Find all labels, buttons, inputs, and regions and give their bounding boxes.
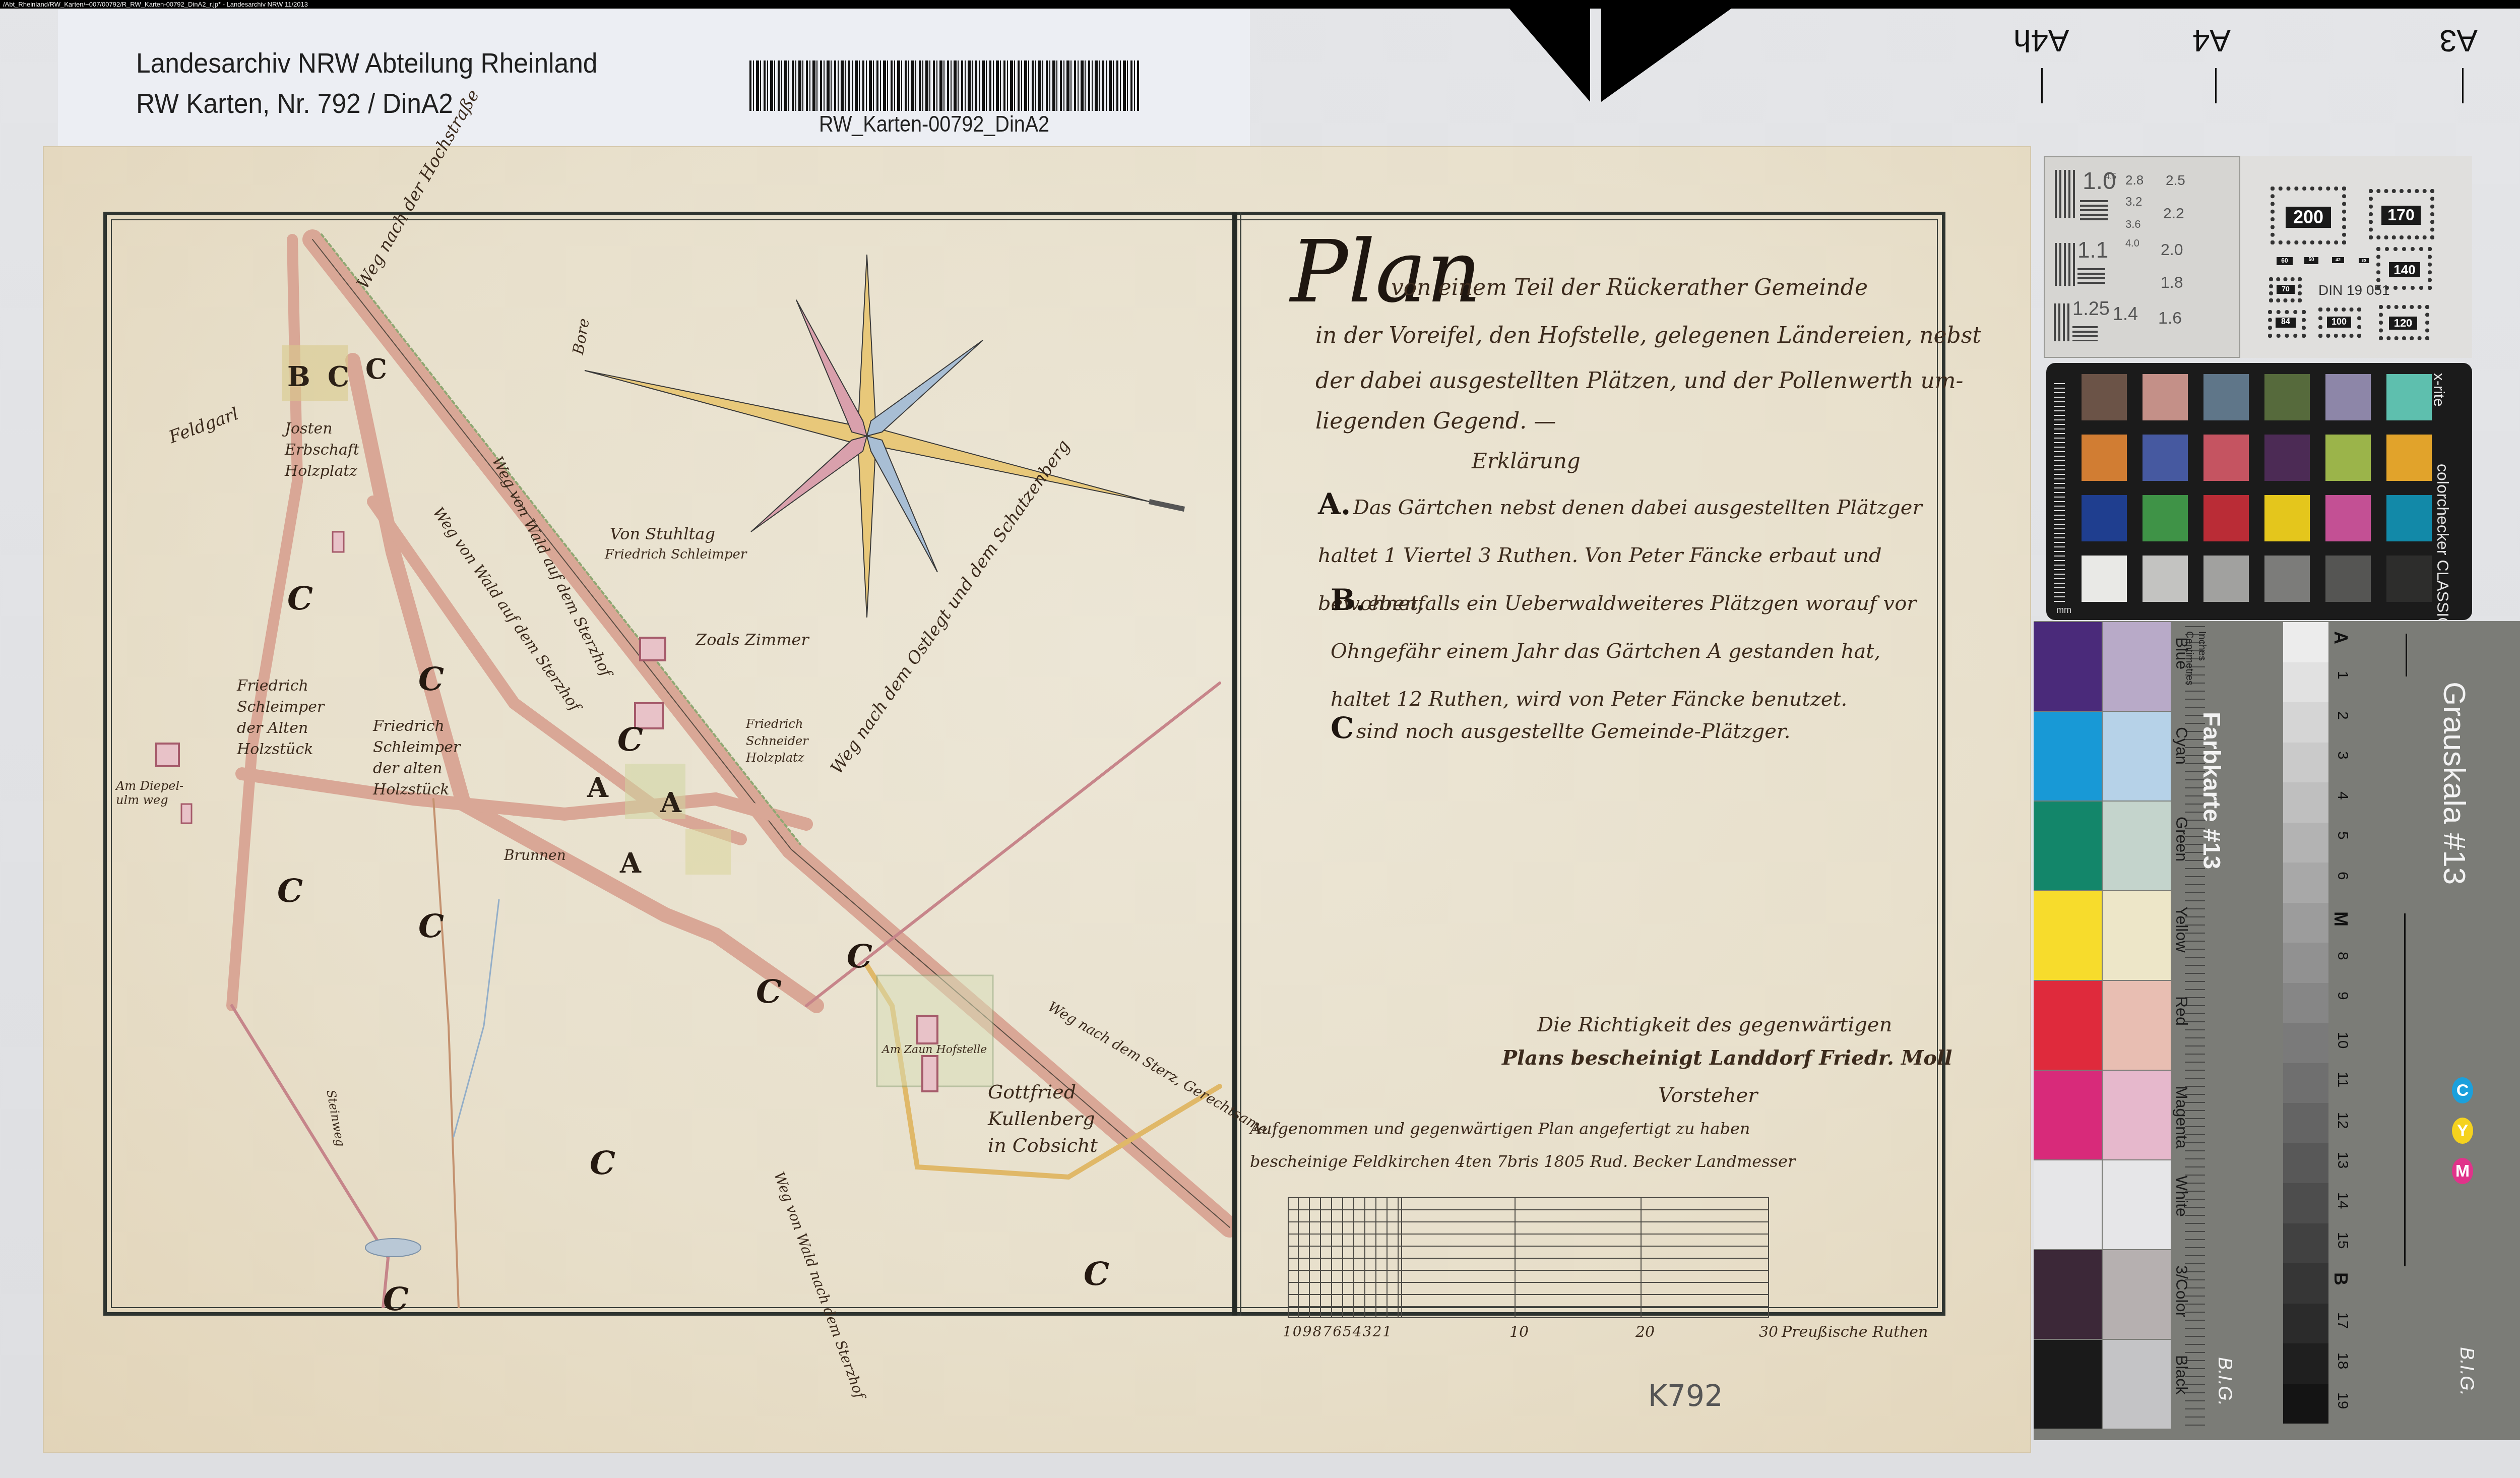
gray-step xyxy=(2283,622,2328,662)
gray-step xyxy=(2283,782,2328,823)
map-label: Von Stuhltag xyxy=(610,524,715,543)
parcel-letter-c: C xyxy=(328,360,349,393)
legend-heading: Erklärung xyxy=(1472,449,1581,473)
gray-step xyxy=(2283,943,2328,983)
cyan-badge-icon: C xyxy=(2452,1077,2473,1103)
ruler-unit-cm: Centimetres xyxy=(2183,631,2195,686)
color-patch xyxy=(2325,495,2371,541)
color-swatch-cyan xyxy=(2034,712,2102,800)
color-swatch-light xyxy=(2103,1250,2171,1339)
barcode-text: RW_Karten-00792_DinA2 xyxy=(819,112,1049,137)
color-patch xyxy=(2082,374,2127,420)
gray-step xyxy=(2283,903,2328,943)
color-swatch-green xyxy=(2034,802,2102,890)
color-patch xyxy=(2264,374,2310,420)
gray-step xyxy=(2283,662,2328,703)
common-land-marker: C xyxy=(617,721,643,759)
color-patch xyxy=(2386,374,2432,420)
color-patch xyxy=(2203,374,2249,420)
legend-key: B. xyxy=(1331,583,1365,617)
color-swatch-red xyxy=(2034,981,2102,1070)
color-patch xyxy=(2386,435,2432,481)
din-box: 42 xyxy=(2332,257,2344,263)
file-path-text: /Abt_Rheinland/RW_Karten/~007/00792/R_RW… xyxy=(3,0,308,9)
common-land-marker: C xyxy=(383,1280,409,1318)
common-land-marker: C xyxy=(287,580,313,618)
color-swatch-light xyxy=(2103,622,2171,711)
format-marker-line xyxy=(2041,68,2043,103)
color-patch xyxy=(2082,435,2127,481)
panel-divider-thin xyxy=(1240,212,1241,1316)
survey-note-line: Aufgenommen und gegenwärtigen Plan angef… xyxy=(1250,1119,1750,1138)
archive-record-number: RW Karten, Nr. 792 / DinA2 xyxy=(136,87,453,119)
gray-step-label: 13 xyxy=(2334,1152,2351,1168)
big-logo: B.I.G. xyxy=(2455,1347,2477,1396)
map-label: Am Diepel-ulm weg xyxy=(116,779,192,807)
color-swatch-3-color xyxy=(2034,1250,2102,1339)
common-land-marker: C xyxy=(1084,1255,1109,1293)
din-box: 200 xyxy=(2286,207,2331,228)
common-land-marker: C xyxy=(847,938,872,975)
title-text-line: liegenden Gegend. — xyxy=(1315,408,1556,434)
common-land-marker: C xyxy=(418,660,444,698)
gray-step xyxy=(2283,1304,2328,1344)
title-text-line: der dabei ausgestellten Plätzen, und der… xyxy=(1315,368,1963,394)
format-marker-a4h: A4h xyxy=(2013,23,2069,58)
gray-step xyxy=(2283,863,2328,903)
format-marker-line xyxy=(2215,68,2217,103)
gray-step-label: 5 xyxy=(2334,831,2351,840)
map-label: Josten Erbschaft Holzplatz xyxy=(285,418,360,482)
ruler-unit-inches: Inches xyxy=(2196,631,2208,661)
color-patch xyxy=(2325,374,2371,420)
resolution-target: 1.0 1.1 1.25 1.4 1.6 1.8 2.0 2.2 2.5 2.8… xyxy=(2044,156,2472,358)
scale-label: 10 xyxy=(1509,1323,1529,1341)
color-patch xyxy=(2203,495,2249,541)
gray-step-label: 15 xyxy=(2334,1232,2351,1249)
gray-step xyxy=(2283,743,2328,783)
gray-step xyxy=(2283,1023,2328,1063)
mm-ruler xyxy=(2054,383,2065,605)
color-swatch-light xyxy=(2103,1340,2171,1429)
divider-line xyxy=(2404,913,2406,1266)
mm-unit: mm xyxy=(2056,605,2071,615)
gray-step xyxy=(2283,1063,2328,1103)
barcode xyxy=(749,60,1139,111)
din-box: 84 xyxy=(2276,318,2296,328)
format-marker-line xyxy=(2462,68,2464,103)
gray-step-label: 19 xyxy=(2334,1392,2351,1409)
archive-pencil-mark: K792 xyxy=(1648,1379,1723,1413)
parcel-letter-a: A xyxy=(587,771,608,804)
document-title: Plan xyxy=(1290,229,1482,315)
color-patch xyxy=(2386,495,2432,541)
color-patch xyxy=(2143,556,2188,602)
gray-step xyxy=(2283,1183,2328,1223)
color-patch xyxy=(2264,556,2310,602)
din-box: 60 xyxy=(2277,257,2293,265)
color-patch xyxy=(2082,556,2127,602)
map-label: Friedrich Schleimper der Alten Holzstück xyxy=(237,675,328,760)
gray-step xyxy=(2283,702,2328,743)
scale-bar: 10987654321 10 20 30 Preußische Ruthen xyxy=(1288,1197,1769,1318)
grauskala-title: Grauskala #13 xyxy=(2436,682,2472,885)
magenta-badge-icon: M xyxy=(2452,1158,2473,1184)
certification-line: Die Richtigkeit des gegenwärtigen xyxy=(1537,1013,1892,1036)
din-box: 140 xyxy=(2389,262,2420,277)
color-swatch-light xyxy=(2103,1160,2171,1249)
parcel-letter-a: A xyxy=(620,847,641,879)
gray-step xyxy=(2283,1103,2328,1143)
gray-step-label: 17 xyxy=(2334,1312,2351,1329)
gray-step-label: 9 xyxy=(2334,992,2351,1000)
din-box: 50 xyxy=(2304,257,2318,264)
format-marker-a3: A3 xyxy=(2439,23,2478,58)
gray-step-label: 12 xyxy=(2334,1112,2351,1129)
gray-step-label: M xyxy=(2330,911,2351,927)
format-marker-a4: A4 xyxy=(2192,23,2231,58)
din-box: 35 xyxy=(2359,258,2369,263)
color-patch xyxy=(2264,495,2310,541)
scale-fine-divisions xyxy=(1288,1197,1401,1318)
color-patch xyxy=(2264,435,2310,481)
color-patch xyxy=(2386,556,2432,602)
big-logo: B.I.G. xyxy=(2214,1357,2235,1406)
legend-text: ebenfalls ein Ueberwaldweiteres Plätzgen… xyxy=(1331,592,1916,711)
color-patch xyxy=(2203,435,2249,481)
archive-name: Landesarchiv NRW Abteilung Rheinland xyxy=(136,46,598,79)
din-label: DIN 19 051 xyxy=(2318,282,2390,298)
map-label: Am Zaun Hofstelle xyxy=(882,1043,987,1056)
color-patch xyxy=(2325,556,2371,602)
color-swatch-magenta xyxy=(2034,1071,2102,1159)
scale-division xyxy=(1641,1197,1642,1318)
xrite-logo: x-rite xyxy=(2430,373,2447,407)
map-label: Friedrich Schleimper xyxy=(605,547,746,562)
gray-step-label: 10 xyxy=(2334,1032,2351,1049)
gray-step xyxy=(2283,1143,2328,1184)
map-label: Gottfried Kullenberg in Cobsicht xyxy=(988,1079,1109,1159)
din-box: 100 xyxy=(2327,317,2351,328)
gray-step-label: 1 xyxy=(2334,671,2351,680)
map-label: Zoals Zimmer xyxy=(696,630,809,649)
gray-step-label: 14 xyxy=(2334,1192,2351,1209)
title-text-line: von einem Teil der Rückerather Gemeinde xyxy=(1391,275,1868,300)
color-swatch-yellow xyxy=(2034,891,2102,980)
parcel-letter-a: A xyxy=(660,786,681,819)
common-land-marker: C xyxy=(590,1144,615,1182)
color-swatch-light xyxy=(2103,1071,2171,1159)
gray-step-label: A xyxy=(2330,631,2351,644)
color-patch xyxy=(2203,556,2249,602)
certification-signature: Vorsteher xyxy=(1658,1084,1757,1107)
colorchecker-title: colorchecker CLASSIC xyxy=(2433,464,2452,629)
color-swatch-black xyxy=(2034,1340,2102,1429)
divider-line xyxy=(2406,634,2407,676)
panel-divider xyxy=(1232,212,1237,1316)
yellow-badge-icon: Y xyxy=(2452,1118,2473,1144)
certification-line: Plans bescheinigt Landdorf Friedr. Moll xyxy=(1502,1046,1952,1070)
scale-label: 30 xyxy=(1759,1323,1778,1341)
color-swatch-blue xyxy=(2034,622,2102,711)
gray-step xyxy=(2283,1223,2328,1264)
din-box: 170 xyxy=(2381,206,2421,225)
legend-item-b: B. ebenfalls ein Ueberwaldweiteres Plätz… xyxy=(1331,580,1925,723)
compass-rose-icon xyxy=(585,255,1184,618)
map-label: Friedrich Schleimper der alten Holzstück xyxy=(373,716,474,800)
resolution-target-bars: 1.0 1.1 1.25 1.4 1.6 1.8 2.0 2.2 2.5 2.8… xyxy=(2044,156,2240,358)
common-land-marker: C xyxy=(277,872,303,910)
gray-step xyxy=(2283,1343,2328,1384)
gray-step-label: 11 xyxy=(2334,1072,2351,1087)
din-box: 70 xyxy=(2277,285,2295,294)
survey-note-line: bescheinige Feldkirchen 4ten 7bris 1805 … xyxy=(1250,1152,1795,1171)
scale-division xyxy=(1515,1197,1516,1318)
gray-step xyxy=(2283,823,2328,863)
color-patch xyxy=(2325,435,2371,481)
gray-step-label: 8 xyxy=(2334,952,2351,960)
gray-step-label: 3 xyxy=(2334,751,2351,760)
gray-step xyxy=(2283,983,2328,1023)
color-swatch-white xyxy=(2034,1160,2102,1249)
legend-text: sind noch ausgestellte Gemeinde-Plätzger… xyxy=(1356,720,1791,743)
gray-step-label: 2 xyxy=(2334,711,2351,720)
legend-item-c: C sind noch ausgestellte Gemeinde-Plätzg… xyxy=(1331,711,1925,745)
gray-step-label: 4 xyxy=(2334,791,2351,800)
gray-step-label: 18 xyxy=(2334,1352,2351,1369)
din-box: 120 xyxy=(2389,317,2417,330)
map-label: Friedrich Schneider Holzplatz xyxy=(746,716,811,767)
scale-unit-label: Preußische Ruthen xyxy=(1782,1323,1928,1341)
gray-step xyxy=(2283,1384,2328,1424)
title-text-line: in der Voreifel, den Hofstelle, gelegene… xyxy=(1315,323,1981,348)
window-title-bar: /Abt_Rheinland/RW_Karten/~007/00792/R_RW… xyxy=(0,0,2520,9)
color-swatch-light xyxy=(2103,712,2171,800)
scale-fine-labels: 10987654321 xyxy=(1283,1323,1393,1340)
color-patch xyxy=(2143,435,2188,481)
color-patch xyxy=(2082,495,2127,541)
gray-step-label: 6 xyxy=(2334,872,2351,880)
colorchecker-chart: mm x-rite colorchecker CLASSIC xyxy=(2046,363,2472,620)
color-patch xyxy=(2143,495,2188,541)
scale-division xyxy=(1401,1197,1402,1318)
alignment-triangles-icon xyxy=(1509,9,1731,104)
color-swatch-light xyxy=(2103,802,2171,890)
color-swatch-light xyxy=(2103,981,2171,1070)
gray-step xyxy=(2283,1263,2328,1304)
color-gray-card: BlueCyanGreenYellowRedMagentaWhite3/Colo… xyxy=(2034,621,2520,1440)
farbkarte-title: Farbkarte #13 xyxy=(2197,712,2225,869)
legend-key: A. xyxy=(1318,487,1351,521)
parcel-letter-c: C xyxy=(365,353,387,385)
scale-label: 20 xyxy=(1635,1323,1655,1341)
parcel-letter-b: B xyxy=(287,360,310,393)
legend-key: C xyxy=(1331,711,1354,745)
color-swatch-light xyxy=(2103,891,2171,980)
map-label: Brunnen xyxy=(504,847,566,864)
common-land-marker: C xyxy=(756,973,782,1011)
common-land-marker: C xyxy=(418,907,444,945)
gray-step-label: B xyxy=(2330,1272,2351,1285)
color-patch xyxy=(2143,374,2188,420)
